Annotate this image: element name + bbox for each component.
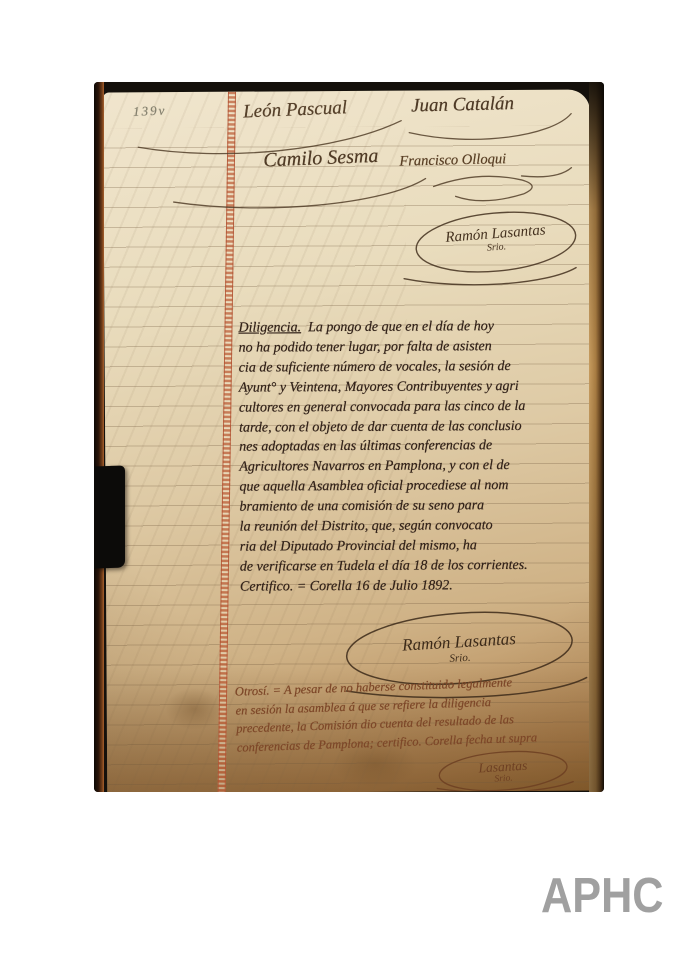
secretary-name: Lasantas <box>478 758 528 776</box>
diligencia-line: nes adoptadas en las últimas conferencia… <box>239 436 594 458</box>
diligencia-heading: Diligencia. <box>238 320 301 335</box>
diligencia-line: cultores en general convocada para las c… <box>239 396 594 418</box>
diligencia-line: Certifico. = Corella 16 de Julio 1892. <box>240 575 594 597</box>
diligencia-line: ria del Diputado Provincial del mismo, h… <box>240 535 595 557</box>
bookmark-tab <box>94 465 125 568</box>
screenshot-canvas: 139v León Pascual Juan Catalán Camilo Se… <box>0 0 693 980</box>
diligencia-line: bramiento de una comisión de su seno par… <box>239 496 594 518</box>
signature-secretary-note: Lasantas Srio. <box>439 755 568 787</box>
signature-juan-catalan: Juan Catalán <box>411 93 514 117</box>
ledger-page: 139v León Pascual Juan Catalán Camilo Se… <box>103 90 594 792</box>
folio-number: 139v <box>133 103 167 120</box>
diligencia-line: de verificarse en Tudela el día 18 de lo… <box>240 555 594 577</box>
diligencia-line: que aquella Asamblea oficial procediese … <box>239 476 594 498</box>
red-margin-rule <box>217 92 236 792</box>
otrosi-note: Otrosí. = A pesar de no haberse constitu… <box>235 670 595 757</box>
book-binding-edge <box>94 82 104 792</box>
diligencia-paragraph: Diligencia.La pongo de que en el día de … <box>238 316 594 597</box>
page-stack-edge <box>589 82 604 792</box>
signature-leon-pascual: León Pascual <box>243 97 348 123</box>
diligencia-line: Ayunt° y Veintena, Mayores Contribuyente… <box>239 376 595 398</box>
manuscript-photo: 139v León Pascual Juan Catalán Camilo Se… <box>94 82 604 792</box>
signature-secretary-main: Ramón Lasantas Srio. <box>346 626 573 671</box>
diligencia-first-line: La pongo de que en el día de hoy <box>308 319 494 335</box>
signature-francisco-olloqui: Francisco Olloqui <box>399 151 506 171</box>
diligencia-line: la reunión del Distrito, que, según conv… <box>240 515 595 537</box>
diligencia-line: tarde, con el objeto de dar cuenta de la… <box>239 416 594 438</box>
diligencia-line: Diligencia.La pongo de que en el día de … <box>238 316 594 338</box>
diligencia-line: Agricultores Navarros en Pamplona, y con… <box>239 456 594 478</box>
diligencia-line: cia de suficiente número de vocales, la … <box>239 356 595 378</box>
diligencia-line: no ha podido tener lugar, por falta de a… <box>239 336 595 358</box>
aphc-watermark-logo: APHC <box>541 866 664 923</box>
signature-secretary-top: Ramón Lasantas Srio. <box>415 220 577 259</box>
signature-camilo-sesma: Camilo Sesma <box>263 145 379 173</box>
